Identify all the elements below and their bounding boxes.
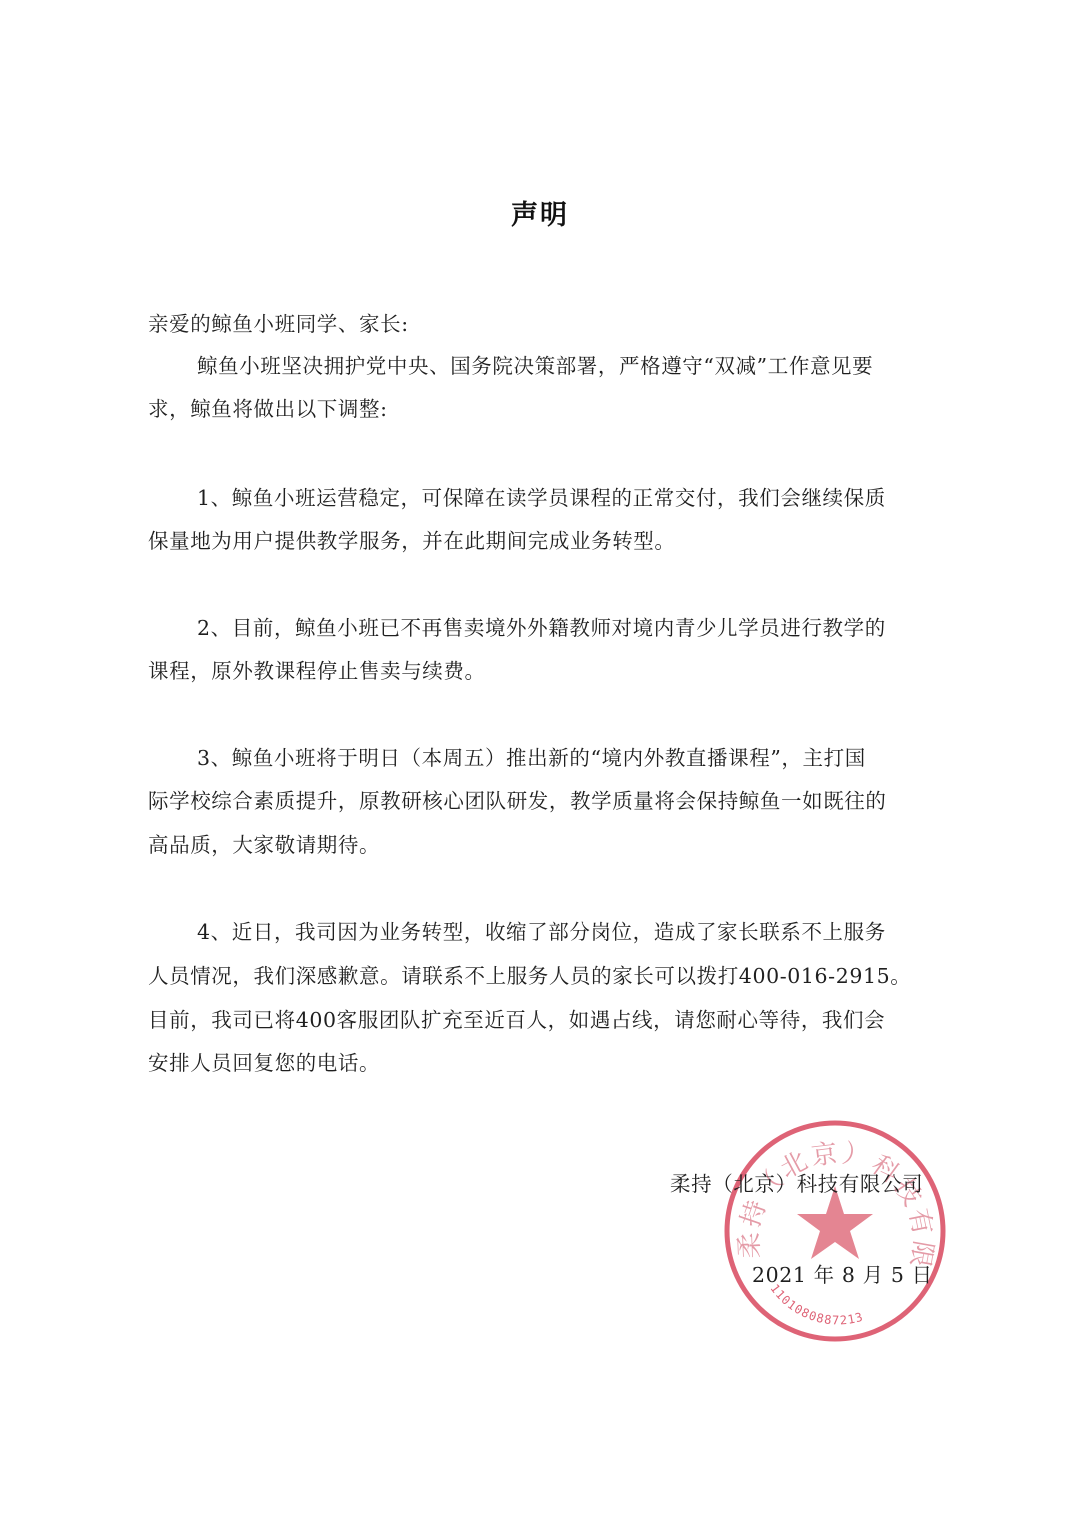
item-4-line-4: 安排人员回复您的电话。 xyxy=(148,1046,380,1076)
item-3-line-1: 3、鲸鱼小班将于明日（本周五）推出新的“境内外教直播课程”，主打国 xyxy=(197,741,866,771)
company-seal-stamp: 柔持（北京）科技有限公司 1101080887213 xyxy=(722,1118,948,1344)
item-3-line-3: 高品质，大家敬请期待。 xyxy=(148,828,380,858)
item-1-line-1: 1、鲸鱼小班运营稳定，可保障在读学员课程的正常交付，我们会继续保质 xyxy=(197,481,886,511)
item-3-line-2: 际学校综合素质提升，原教研核心团队研发，教学质量将会保持鲸鱼一如既往的 xyxy=(148,784,887,814)
intro-line-1: 鲸鱼小班坚决拥护党中央、国务院决策部署，严格遵守“双减”工作意见要 xyxy=(197,349,873,379)
item-1-line-2: 保量地为用户提供教学服务，并在此期间完成业务转型。 xyxy=(148,524,676,554)
item-4-line-2: 人员情况，我们深感歉意。请联系不上服务人员的家长可以拨打400-016-2915… xyxy=(148,959,911,989)
item-4-line-3: 目前，我司已将400客服团队扩充至近百人，如遇占线，请您耐心等待，我们会 xyxy=(148,1003,885,1033)
intro-line-2: 求，鲸鱼将做出以下调整: xyxy=(148,392,388,422)
salutation: 亲爱的鲸鱼小班同学、家长: xyxy=(148,307,409,337)
item-2-line-2: 课程，原外教课程停止售卖与续费。 xyxy=(148,654,486,684)
signature-date: 2021 年 8 月 5 日 xyxy=(752,1258,933,1288)
svg-text:1101080887213: 1101080887213 xyxy=(767,1281,865,1327)
document-title: 声明 xyxy=(0,193,1080,232)
item-2-line-1: 2、目前，鲸鱼小班已不再售卖境外外籍教师对境内青少儿学员进行教学的 xyxy=(197,611,886,641)
item-4-line-1: 4、近日，我司因为业务转型，收缩了部分岗位，造成了家长联系不上服务 xyxy=(197,915,886,945)
signature-company: 柔持（北京）科技有限公司 xyxy=(670,1167,923,1197)
stamp-number: 1101080887213 xyxy=(767,1281,865,1327)
